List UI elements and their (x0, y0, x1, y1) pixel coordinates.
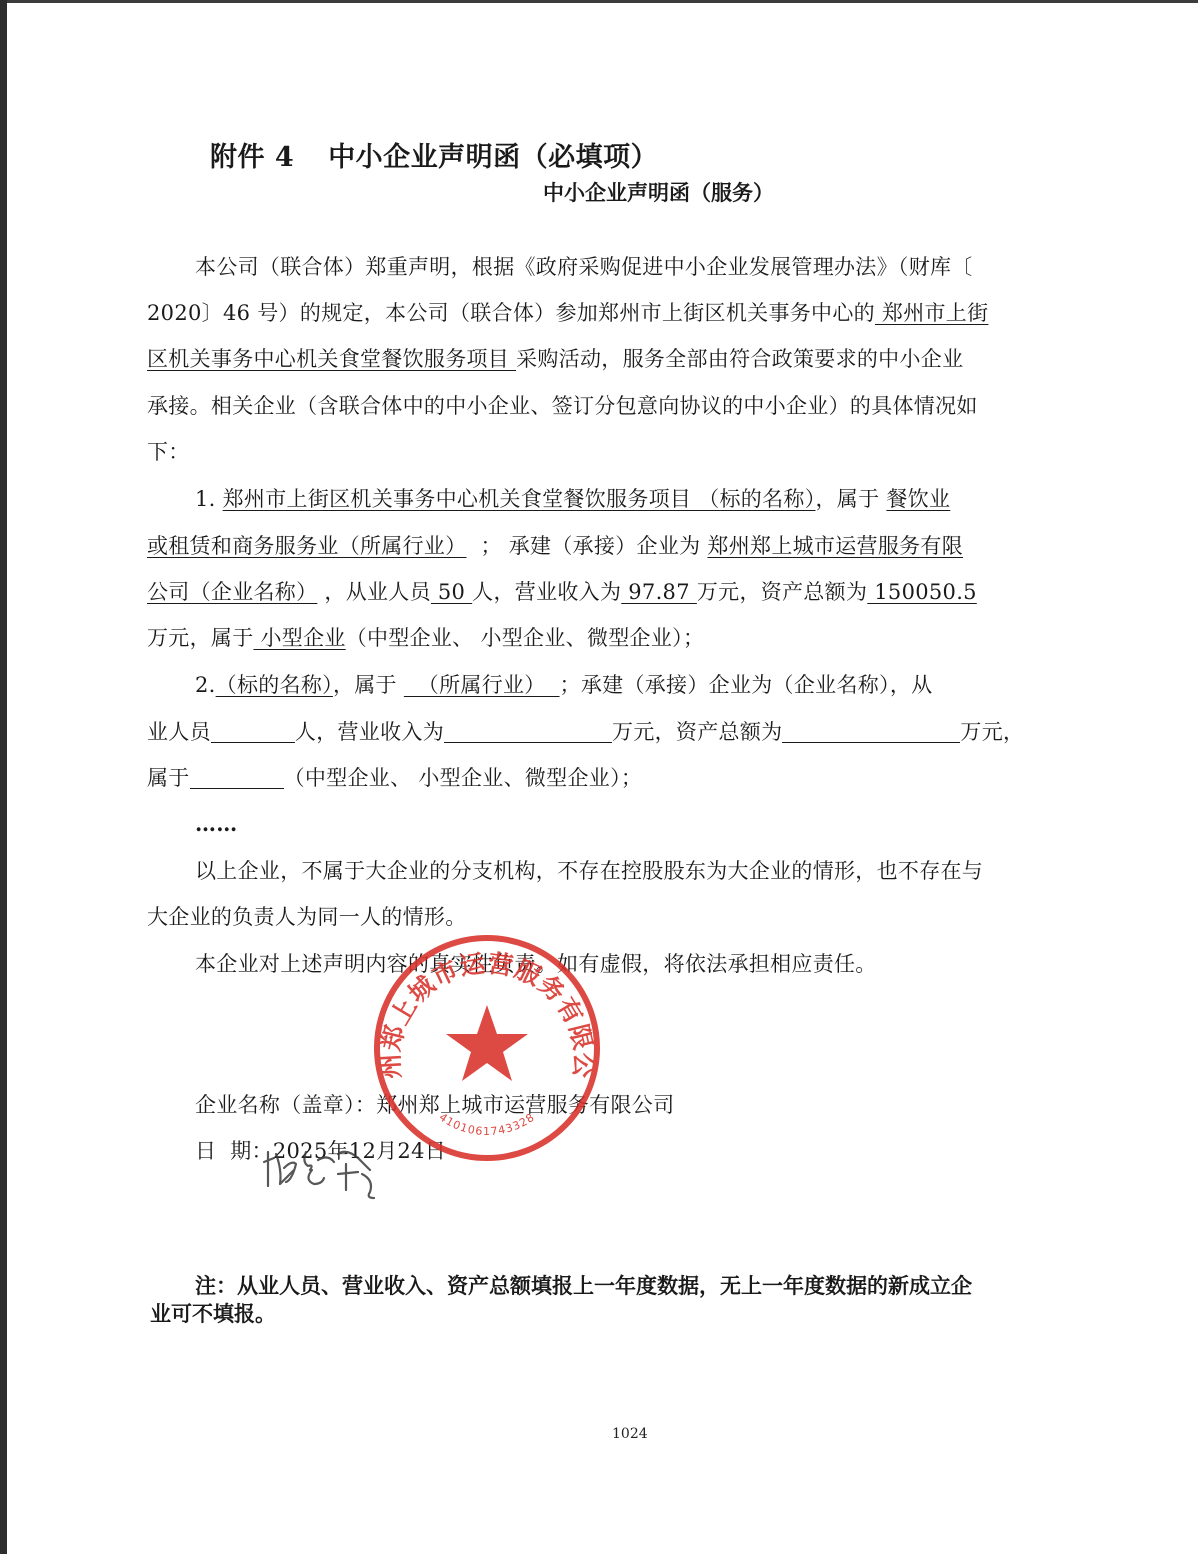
item1-project-name: 郑州市上街区机关事务中心机关食堂餐饮服务项目 （标的名称） (223, 487, 816, 511)
label-text: 万元，资产总额为 (697, 580, 867, 604)
item1-line-2: 或租赁和商务服务业（所属行业） ； 承建（承接）企业为 郑州郑上城市运营服务有限 (147, 532, 963, 560)
item1-company-name: 公司（企业名称） (147, 580, 317, 604)
item1-company-name: 郑州郑上城市运营服务有限 (707, 534, 963, 558)
label-text: 万元，属于 (147, 626, 254, 650)
size-options: （中型企业、 小型企业、微型企业）； (284, 766, 643, 790)
item1-enterprise-size: 小型企业 (254, 626, 346, 650)
date-label: 日 期： (195, 1139, 273, 1163)
item2-project-name: （标的名称） (216, 673, 333, 697)
label-text: 万元，资产总额为 (612, 720, 782, 744)
statement-line-3: 本企业对上述声明内容的真实性负责。如有虚假，将依法承担相应责任。 (195, 950, 877, 978)
label-text: 人，营业收入为 (472, 580, 621, 604)
company-name: 郑州郑上城市运营服务有限公司 (376, 1093, 674, 1117)
intro-line-1: 本公司（联合体）郑重声明，根据《政府采购促进中小企业发展管理办法》（财库〔 (195, 253, 973, 281)
viewer-top-border (0, 0, 1198, 3)
intro-text: 2020〕46 号）的规定，本公司（联合体）参加郑州市上街区机关事务中心的 (147, 301, 875, 325)
item2-line-1: 2.（标的名称），属于 （所属行业） ；承建（承接）企业为（企业名称），从 (195, 671, 932, 699)
item2-line-2: 业人员人，营业收入为万元，资产总额为万元， (147, 718, 1024, 746)
label-text: ，属于 (333, 673, 397, 697)
date-value: 2025年12月24日 (273, 1139, 446, 1163)
intro-line-4: 承接。相关企业（含联合体中的中小企业、签订分包意向协议的中小企业）的具体情况如 (147, 392, 978, 420)
company-signoff: 企业名称（盖章）：郑州郑上城市运营服务有限公司 (195, 1091, 674, 1119)
label-text: ，属于 (816, 487, 880, 511)
item1-industry: 或租赁和商务服务业（所属行业） (147, 534, 467, 558)
date-signoff: 日 期：2025年12月24日 (195, 1137, 446, 1165)
viewer-left-border (0, 0, 7, 1554)
project-name-underlined: 郑州市上街 (875, 301, 988, 325)
item1-line-4: 万元，属于 小型企业（中型企业、 小型企业、微型企业）； (147, 624, 704, 652)
item-number: 1. (195, 487, 216, 511)
label-text: 业人员 (147, 720, 211, 744)
label-text: 人，营业收入为 (295, 720, 444, 744)
page-number: 1024 (612, 1426, 648, 1442)
intro-text: 采购活动，服务全部由符合政策要求的中小企业 (516, 347, 963, 371)
item2-revenue-blank (444, 720, 612, 743)
intro-text: 本公司（联合体）郑重声明，根据《政府采购促进中小企业发展管理办法》（财库〔 (195, 255, 973, 279)
page-subtitle: 中小企业声明函（服务） (543, 177, 774, 207)
item2-size-blank (190, 766, 284, 789)
label-text: 属于 (147, 766, 190, 790)
label-text: ，从业人员 (324, 580, 431, 604)
ellipsis: …… (195, 810, 238, 838)
item2-line-3: 属于（中型企业、 小型企业、微型企业）； (147, 764, 642, 792)
intro-line-2: 2020〕46 号）的规定，本公司（联合体）参加郑州市上街区机关事务中心的 郑州… (147, 299, 988, 327)
title-prefix: 附件 4 (210, 142, 294, 173)
label-text: 万元， (960, 720, 1024, 744)
item1-line-1: 1. 郑州市上街区机关事务中心机关食堂餐饮服务项目 （标的名称），属于 餐饮业 (195, 485, 950, 513)
intro-line-3: 区机关事务中心机关食堂餐饮服务项目 采购活动，服务全部由符合政策要求的中小企业 (147, 345, 963, 373)
label-text: ；承建（承接）企业为（企业名称），从 (560, 673, 933, 697)
label-text: ； 承建（承接）企业为 (480, 534, 700, 558)
intro-line-5: 下： (147, 438, 190, 466)
item-number: 2. (195, 673, 216, 697)
project-name-underlined: 区机关事务中心机关食堂餐饮服务项目 (147, 347, 516, 371)
item1-revenue: 97.87 (621, 580, 697, 604)
statement-line-2: 大企业的负责人为同一人的情形。 (147, 903, 467, 931)
title-main: 中小企业声明函（必填项） (328, 142, 658, 173)
page-title: 附件 4中小企业声明函（必填项） (210, 135, 658, 174)
item1-industry: 餐饮业 (886, 487, 950, 511)
item1-line-3: 公司（企业名称） ，从业人员 50 人，营业收入为 97.87 万元，资产总额为… (147, 578, 977, 606)
company-label: 企业名称（盖章）： (195, 1093, 376, 1117)
statement-line-1: 以上企业，不属于大企业的分支机构，不存在控股股东为大企业的情形，也不存在与 (195, 857, 983, 885)
item1-employees: 50 (431, 580, 472, 604)
item2-industry: （所属行业） (404, 673, 560, 697)
footnote-line-2: 业可不填报。 (150, 1300, 276, 1328)
item2-assets-blank (782, 720, 960, 743)
footnote-line-1: 注：从业人员、营业收入、资产总额填报上一年度数据，无上一年度数据的新成立企 (195, 1272, 972, 1300)
item2-employees-blank (211, 720, 295, 743)
size-options: （中型企业、 小型企业、微型企业）； (346, 626, 705, 650)
item1-assets: 150050.5 (867, 580, 977, 604)
